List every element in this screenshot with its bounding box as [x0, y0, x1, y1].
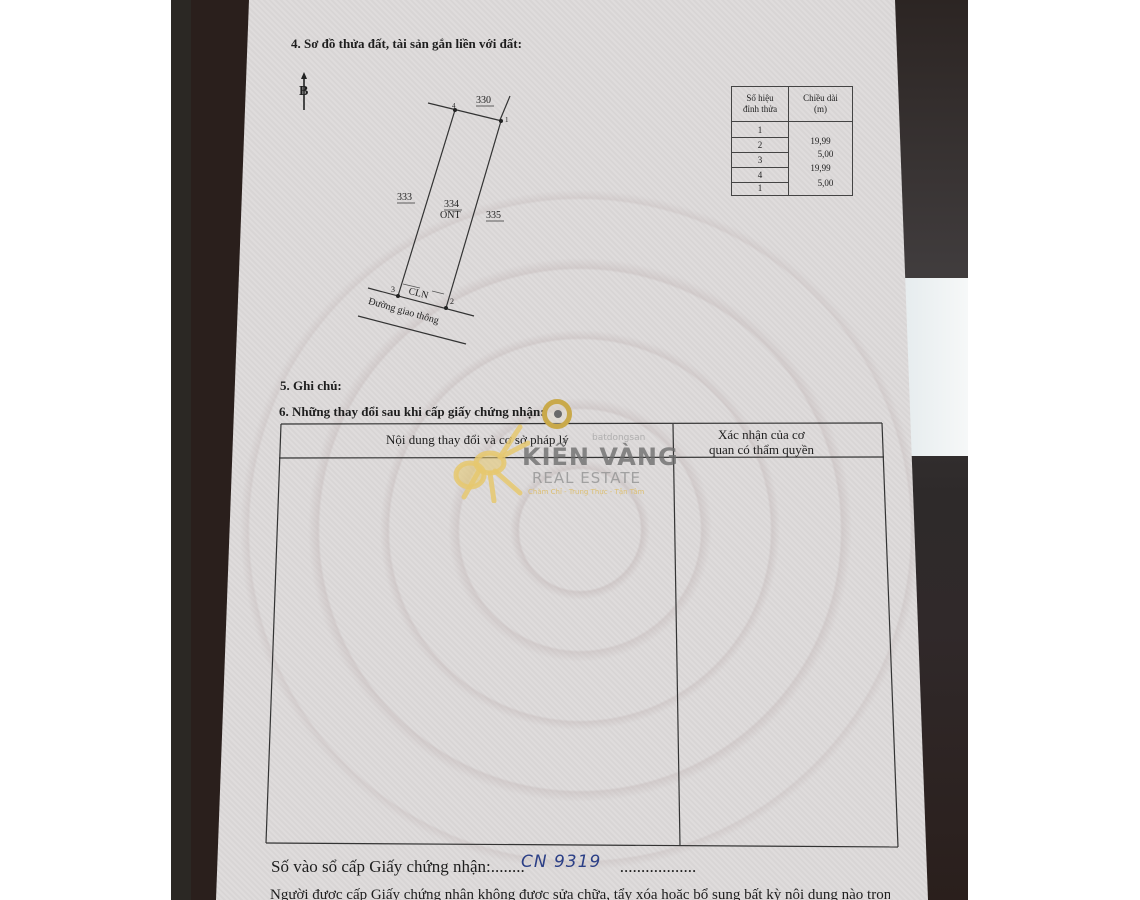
- kien-vang-watermark: batdongsan KIẾN VÀNG REAL ESTATE Chăm Ch…: [450, 395, 680, 505]
- brand-logo-icon: [542, 399, 572, 429]
- vertex-row: 2: [732, 138, 788, 153]
- registry-number-handwritten: CN 9319: [521, 852, 601, 872]
- changes-col2-header-line2: quan có thẩm quyền: [709, 442, 814, 458]
- section-5-title: 5. Ghi chú:: [280, 378, 342, 394]
- watermark-tagline: Chăm Chỉ - Trung Thực - Tận Tâm: [528, 488, 644, 496]
- neighbor-parcel-right: 335: [486, 210, 501, 221]
- background-edge: [171, 0, 191, 900]
- vertex-row: 4: [732, 168, 788, 183]
- vertex-label-2: 2: [450, 297, 454, 306]
- registry-dots: ..................: [620, 857, 697, 876]
- vertex-label-4: 4: [452, 102, 456, 110]
- edge-length-table: Số hiệu đỉnh thửa Chiều dài (m) 1 2 3 4 …: [731, 86, 853, 196]
- watermark-subtitle: REAL ESTATE: [532, 469, 641, 487]
- neighbor-parcel-left: 333: [397, 192, 412, 203]
- length-value: 19,99: [789, 135, 852, 147]
- header-vertex: Số hiệu đỉnh thửa: [732, 93, 788, 115]
- length-value: 5,00: [794, 177, 857, 189]
- registry-dots: ........: [491, 857, 525, 876]
- vertex-row: 3: [732, 153, 788, 168]
- footer-note: Người được cấp Giấy chứng nhận không đượ…: [270, 887, 890, 900]
- registry-label: Số vào sổ cấp Giấy chứng nhận:..........…: [271, 857, 696, 877]
- north-arrow: B: [296, 72, 314, 112]
- header-vertex-line1: Số hiệu: [732, 93, 788, 104]
- parcel-number: 334: [444, 199, 459, 210]
- ant-logo-icon: [450, 413, 530, 503]
- vertex-label-3: 3: [391, 285, 395, 294]
- light-glare: [904, 278, 968, 456]
- changes-col2-header-line1: Xác nhận của cơ: [718, 427, 805, 443]
- land-type: ONT: [440, 210, 461, 221]
- header-length-line1: Chiều dài: [789, 93, 852, 104]
- header-length-line2: (m): [789, 104, 852, 115]
- watermark-site: batdongsan: [592, 433, 645, 443]
- length-value: 19,99: [789, 162, 852, 174]
- vertex-label-1: 1: [505, 116, 509, 124]
- header-vertex-line2: đỉnh thửa: [732, 104, 788, 115]
- vertex-row: 1: [732, 182, 788, 194]
- north-label: B: [299, 84, 308, 100]
- neighbor-parcel-top: 330: [476, 95, 491, 106]
- length-value: 5,00: [794, 148, 857, 160]
- registry-label-text: Số vào sổ cấp Giấy chứng nhận:: [271, 857, 491, 876]
- header-length: Chiều dài (m): [789, 93, 852, 115]
- watermark-brand: KIẾN VÀNG: [522, 443, 679, 471]
- vertex-row: 1: [732, 123, 788, 138]
- section-4-title: 4. Sơ đồ thửa đất, tài sản gắn liền với …: [291, 36, 522, 52]
